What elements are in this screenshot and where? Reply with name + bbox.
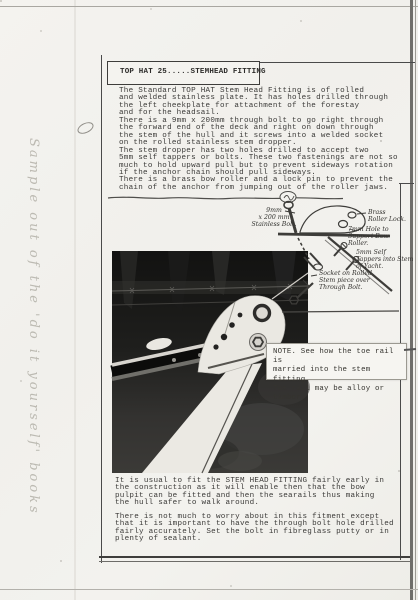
photo-bolt-head [250, 334, 267, 351]
photo-roller-lock-ring [255, 306, 270, 321]
separator-line [108, 197, 343, 199]
frame-top-line [258, 62, 415, 63]
photo-hull-bow [142, 351, 262, 473]
footer-paragraph-1: It is usual to fit the STEM HEAD FITTING… [115, 478, 395, 508]
frame-right-stub [399, 183, 414, 184]
margin-oval-doodle [76, 120, 96, 136]
title-box: TOP HAT 25.....STEMHEAD FITTING [107, 61, 260, 85]
scan-bottom-line [0, 589, 418, 590]
photo-wire-fence [112, 284, 308, 305]
frame-bottom-line [99, 556, 410, 558]
paragraph-2: There is a 9mm x 200mm through bolt to g… [119, 118, 399, 148]
photo-rigging-wire [272, 273, 308, 299]
diagram-label-lock: Brass Roller Lock. [368, 210, 410, 224]
photo-toe-rail [112, 336, 252, 379]
footer-paragraph-2: There is not much to worry about in this… [115, 514, 395, 544]
paper-crease [74, 0, 76, 600]
initials-scribble [280, 192, 296, 203]
page-title: TOP HAT 25.....STEMHEAD FITTING [120, 68, 266, 76]
margin-handwritten-note: Sample out of the 'do it yourself' books [26, 138, 41, 538]
diagram-label-tappers: 5mm Self Tappers into Stem of Yacht. [356, 250, 414, 271]
frame-left-line [101, 55, 102, 563]
scan-right-edge-faint [415, 0, 416, 600]
scan-right-edge [410, 0, 413, 600]
scanned-document-page: Sample out of the 'do it yourself' books… [0, 0, 418, 600]
diagram-label-bolt: 9mm x 200 mm Stainless Bolt. [246, 208, 302, 229]
paper-specks [0, 0, 2, 2]
note-box: NOTE. See how the toe rail is married in… [266, 343, 407, 380]
paragraph-4: There is a brass bow roller and a lock p… [119, 177, 399, 192]
paragraph-3: The stem dropper has two holes drilled t… [119, 148, 399, 178]
diagram-label-hole: 7mm Hole to Support Bow Roller. [348, 227, 402, 248]
photo-forestay-wire [202, 351, 258, 473]
diagram-bottom-line [282, 311, 399, 312]
paragraph-1: The Standard TOP HAT Stem Head Fitting i… [119, 88, 399, 118]
scan-top-line [0, 6, 418, 7]
diagram-label-socket: Socket on Rolled Stem piece over Through… [319, 271, 381, 292]
sketch-lower-bolt [290, 280, 314, 304]
frame-bottom-line-2 [99, 561, 410, 562]
